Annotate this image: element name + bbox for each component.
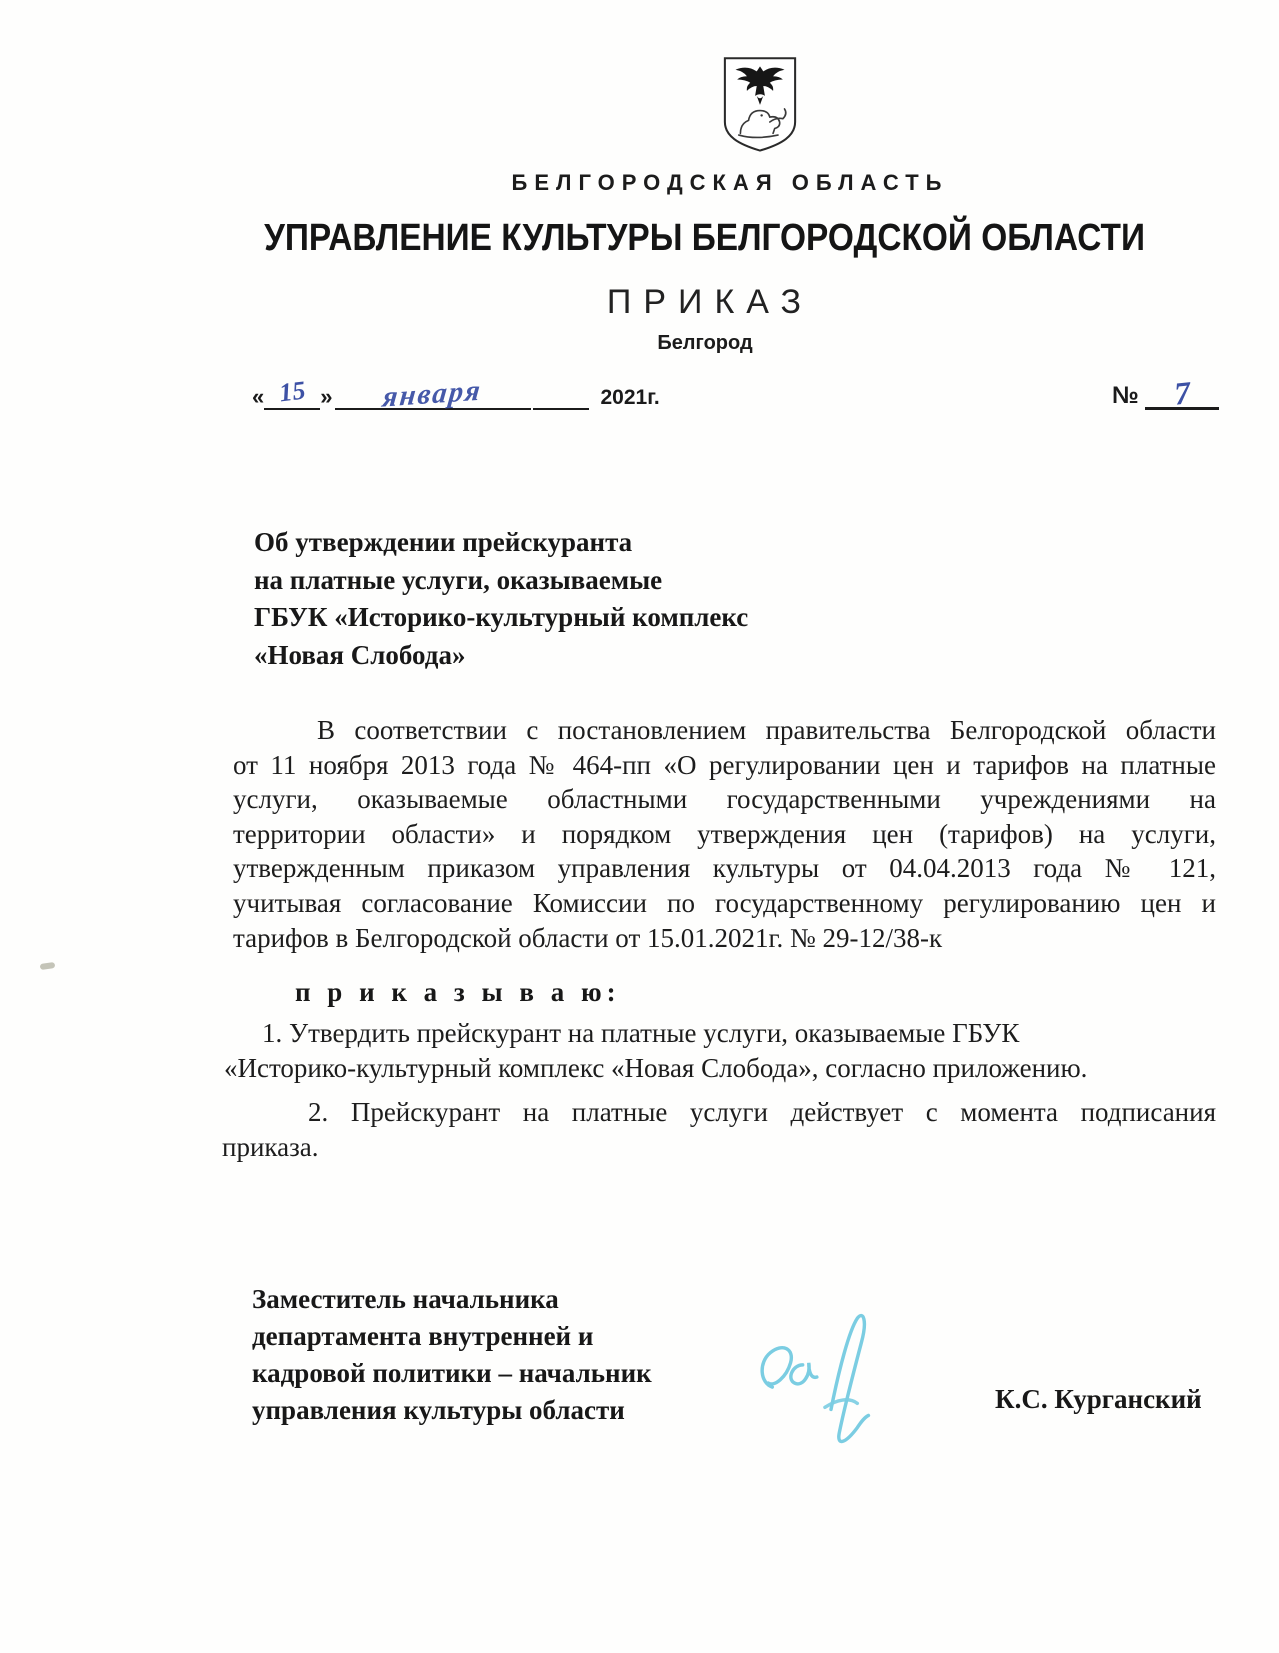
signatory-position-block: Заместитель начальника департамента внут… <box>252 1281 812 1429</box>
body-line: от 11 ноября 2013 года № 464-пп «О регул… <box>233 748 1216 783</box>
signatory-position-line: департамента внутренней и <box>252 1318 812 1355</box>
day-underline: 15 <box>264 374 320 410</box>
document-number-line: № 7 <box>1112 372 1219 410</box>
body-line: В соответствии с постановлением правител… <box>233 713 1216 748</box>
year-label: 2021г. <box>601 386 660 410</box>
order-item-line: 2. Прейскурант на платные услуги действу… <box>222 1095 1216 1130</box>
subject-line: ГБУК «Историко-культурный комплекс <box>254 599 894 637</box>
body-line: учитывая согласование Комиссии по госуда… <box>233 886 1216 921</box>
signatory-position-line: Заместитель начальника <box>252 1281 812 1318</box>
number-sign: № <box>1112 382 1139 410</box>
order-item-line: приказа. <box>222 1130 1216 1165</box>
month-underline: января <box>335 374 531 410</box>
scan-artifact-dash <box>40 962 56 970</box>
organization-title: УПРАВЛЕНИЕ КУЛЬТУРЫ БЕЛГОРОДСКОЙ ОБЛАСТИ <box>130 217 1279 260</box>
order-item-line: 1. Утвердить прейскурант на платные услу… <box>224 1016 1207 1051</box>
document-page: БЕЛГОРОДСКАЯ ОБЛАСТЬ УПРАВЛЕНИЕ КУЛЬТУРЫ… <box>0 0 1279 1653</box>
signatory-position-line: управления культуры области <box>252 1392 812 1429</box>
order-item-1: 1. Утвердить прейскурант на платные услу… <box>224 1016 1207 1086</box>
coat-of-arms <box>719 55 801 153</box>
signatory-position-line: кадровой политики – начальник <box>252 1355 812 1392</box>
body-line: утвержденным приказом управления культур… <box>233 851 1216 886</box>
order-item-line: «Историко-культурный комплекс «Новая Сло… <box>224 1051 1207 1086</box>
document-type-title: ПРИКАЗ <box>140 283 1279 322</box>
order-item-2: 2. Прейскурант на платные услуги действу… <box>222 1095 1216 1165</box>
day-open-quote: « <box>252 384 264 410</box>
handwritten-signature <box>744 1290 916 1462</box>
date-line: « 15 » января 2021г. <box>252 372 660 410</box>
handwritten-month: января <box>381 374 484 414</box>
subject-line: на платные услуги, оказываемые <box>254 562 894 600</box>
city-label: Белгород <box>135 332 1275 355</box>
decree-word: п р и к а з ы в а ю: <box>295 977 621 1008</box>
body-paragraph: В соответствии с постановлением правител… <box>233 713 1216 955</box>
body-line: территории области» и порядком утвержден… <box>233 817 1216 852</box>
region-label: БЕЛГОРОДСКАЯ ОБЛАСТЬ <box>180 170 1279 196</box>
subject-block: Об утверждении прейскуранта на платные у… <box>254 524 894 674</box>
signatory-name: К.С. Курганский <box>995 1384 1202 1415</box>
organization-title-text: УПРАВЛЕНИЕ КУЛЬТУРЫ БЕЛГОРОДСКОЙ ОБЛАСТИ <box>265 217 1146 260</box>
body-line: тарифов в Белгородской области от 15.01.… <box>233 921 1216 956</box>
handwritten-number: 7 <box>1172 374 1192 412</box>
handwritten-day: 15 <box>278 376 307 409</box>
day-close-quote: » <box>320 384 332 410</box>
body-line: услуги, оказываемые областными государст… <box>233 782 1216 817</box>
number-underline: 7 <box>1145 371 1219 410</box>
subject-line: «Новая Слобода» <box>254 637 894 675</box>
subject-line: Об утверждении прейскуранта <box>254 524 894 562</box>
empty-underline <box>533 374 589 410</box>
